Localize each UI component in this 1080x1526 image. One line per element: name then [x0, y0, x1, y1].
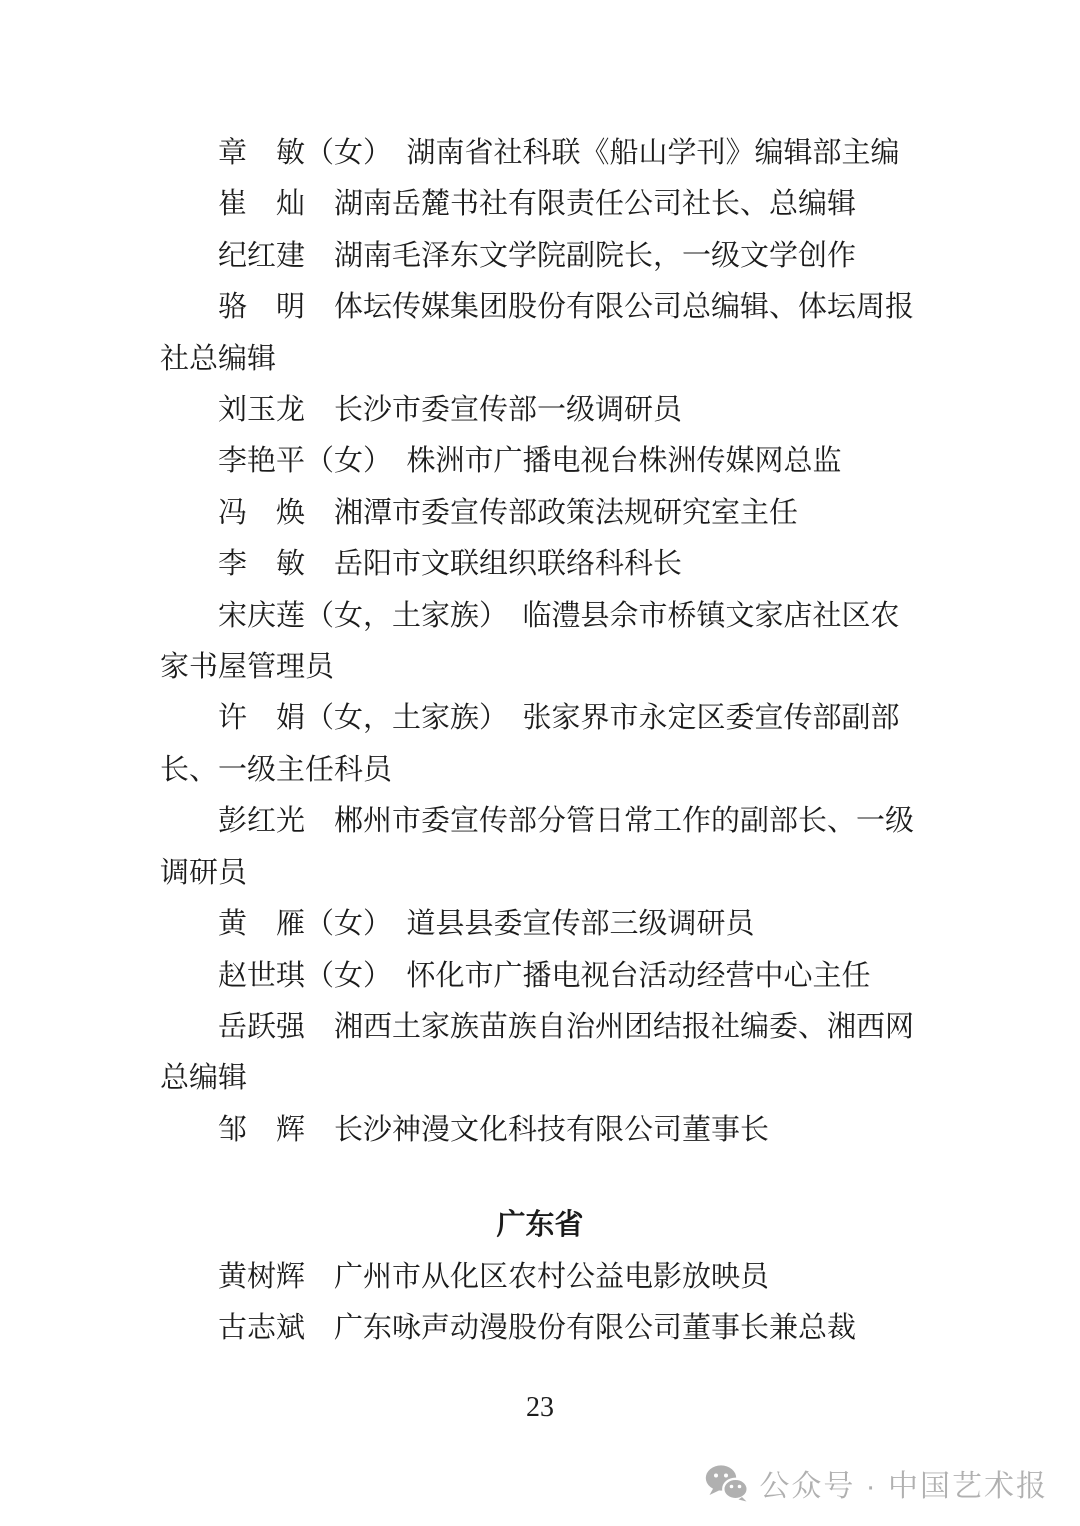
name-list: 章 敏（女） 湖南省社科联《船山学刊》编辑部主编 崔 灿 湖南岳麓书社有限责任公…	[160, 128, 920, 1354]
list-entry: 黄 雁（女） 道县县委宣传部三级调研员	[160, 899, 920, 950]
section-guangdong: 黄树辉 广州市从化区农村公益电影放映员 古志斌 广东咏声动漫股份有限公司董事长兼…	[160, 1252, 920, 1355]
list-entry: 岳跃强 湘西土家族苗族自治州团结报社编委、湘西网总编辑	[160, 1002, 920, 1105]
list-entry: 李 敏 岳阳市文联组织联络科科长	[160, 539, 920, 590]
list-entry: 赵世琪（女） 怀化市广播电视台活动经营中心主任	[160, 951, 920, 1002]
list-entry: 古志斌 广东咏声动漫股份有限公司董事长兼总裁	[160, 1303, 920, 1354]
document-page: 章 敏（女） 湖南省社科联《船山学刊》编辑部主编 崔 灿 湖南岳麓书社有限责任公…	[0, 0, 1080, 1526]
watermark-text: 公众号 · 中国艺术报	[759, 1461, 1048, 1505]
section-heading-guangdong: 广东省	[160, 1200, 920, 1251]
section-hunan: 章 敏（女） 湖南省社科联《船山学刊》编辑部主编 崔 灿 湖南岳麓书社有限责任公…	[160, 128, 920, 1156]
list-entry: 宋庆莲（女，土家族） 临澧县佘市桥镇文家店社区农家书屋管理员	[160, 591, 920, 694]
list-entry: 彭红光 郴州市委宣传部分管日常工作的副部长、一级调研员	[160, 796, 920, 899]
list-entry: 骆 明 体坛传媒集团股份有限公司总编辑、体坛周报社总编辑	[160, 282, 920, 385]
page-number: 23	[0, 1392, 1080, 1424]
list-entry: 崔 灿 湖南岳麓书社有限责任公司社长、总编辑	[160, 179, 920, 230]
watermark: 公众号 · 中国艺术报	[705, 1461, 1048, 1505]
list-entry: 刘玉龙 长沙市委宣传部一级调研员	[160, 385, 920, 436]
list-entry: 章 敏（女） 湖南省社科联《船山学刊》编辑部主编	[160, 128, 920, 179]
list-entry: 纪红建 湖南毛泽东文学院副院长，一级文学创作	[160, 231, 920, 282]
wechat-icon	[705, 1465, 749, 1502]
list-entry: 李艳平（女） 株洲市广播电视台株洲传媒网总监	[160, 436, 920, 487]
list-entry: 黄树辉 广州市从化区农村公益电影放映员	[160, 1252, 920, 1303]
list-entry: 邹 辉 长沙神漫文化科技有限公司董事长	[160, 1105, 920, 1156]
list-entry: 冯 焕 湘潭市委宣传部政策法规研究室主任	[160, 488, 920, 539]
list-entry: 许 娟（女，土家族） 张家界市永定区委宣传部副部长、一级主任科员	[160, 693, 920, 796]
